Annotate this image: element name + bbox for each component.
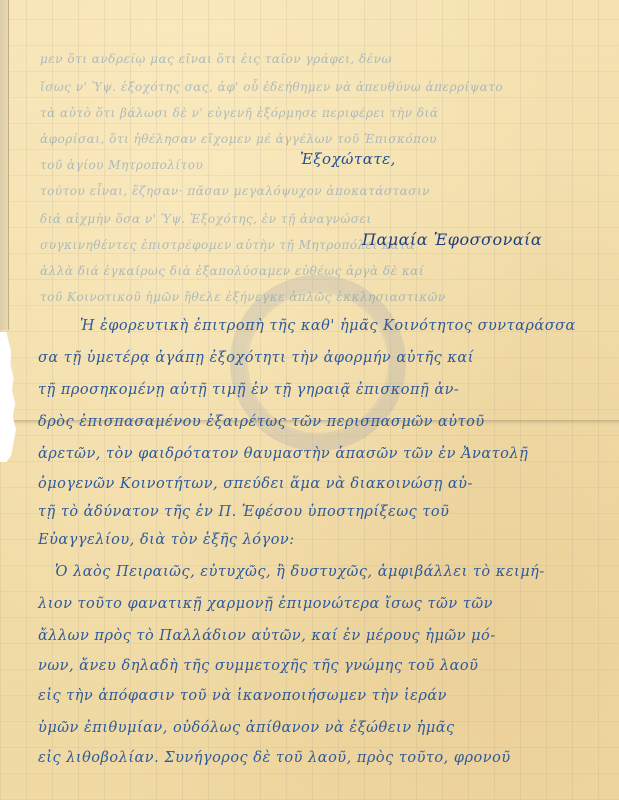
bleed-through-line: τὰ αὐτὸ ὅτι βάλωσι δὲ ν' εὐγενῆ ἐξόρμησε… [40, 106, 438, 120]
bleed-through-line: ἀφορίσαι, ὅτι ἠθέλησαν εἴχομεν μέ ἀγγέλω… [40, 132, 437, 146]
page-left-edge [0, 0, 9, 330]
bleed-through-line: τοῦ Κοινοτικοῦ ἡμῶν ἤθελε ἐξήνεγκε ἁπλῶς… [40, 290, 446, 304]
letter-line: δρὸς ἐπισπασαμένου ἐξαιρέτως τῶν περισπα… [38, 414, 485, 430]
bleed-through-line: συγκινηθέντες ἐπιστρέφομεν αὐτὴν τῇ Μητρ… [40, 238, 415, 252]
letter-line: Ἡ ἐφορευτικὴ ἐπιτροπὴ τῆς καθ' ἡμᾶς Κοιν… [80, 318, 576, 334]
letter-line: εἰς λιθοβολίαν. Συνήγορος δὲ τοῦ λαοῦ, π… [38, 750, 511, 766]
bleed-through-line: τοῦ ἁγίου Μητροπολίτου [40, 158, 203, 172]
salutation: Ἐξοχώτατε, [300, 150, 396, 168]
torn-left-edge [0, 332, 16, 462]
letter-line: Εὐαγγελίου, διὰ τὸν ἑξῆς λόγον: [38, 532, 295, 548]
document-page: μεν ὅτι ανδρείῳ μας εῖναι ὅτι ἐις ταῖον … [0, 0, 619, 800]
letter-line: ἄλλων πρὸς τὸ Παλλάδιον αὐτῶν, καί ἐν μέ… [38, 628, 496, 644]
letter-line: Ὁ λαὸς Πειραιῶς, εὐτυχῶς, ἢ δυστυχῶς, ἀμ… [55, 564, 545, 580]
bleed-through-line: μεν ὅτι ανδρείῳ μας εῖναι ὅτι ἐις ταῖον … [40, 52, 392, 66]
subheading: Παμαία Ἐφοσσοναία [362, 230, 542, 249]
bleed-through-line: ἀλλὰ διά ἐγκαίρως διὰ ἐξαπολύσαμεν εὐθέω… [40, 264, 424, 278]
bleed-through-line: διά αἰχμὴν ὅσα ν' Ὑψ. Ἐξοχότης, ἐν τῇ ἀν… [40, 212, 372, 226]
letter-line: εἰς τὴν ἀπόφασιν τοῦ νὰ ἱκανοποιήσωμεν τ… [38, 688, 447, 704]
letter-line: νων, ἄνευ δηλαδὴ τῆς συμμετοχῆς τῆς γνώμ… [38, 658, 478, 674]
letter-line: λιον τοῦτο φανατικῇ χαρμονῇ ἐπιμονώτερα … [38, 596, 493, 612]
letter-line: ὁμογενῶν Κοινοτήτων, σπεύδει ἅμα νὰ διακ… [38, 476, 473, 492]
letter-line: σα τῇ ὑμετέρᾳ ἀγάπῃ ἐξοχότητι τὴν ἀφορμή… [38, 350, 474, 366]
bleed-through-line: τούτου εἶναι, ἔζησαν· πᾶσαν μεγαλόψυχον … [40, 184, 430, 198]
letter-line: τῇ τὸ ἀδύνατον τῆς ἐν Π. Ἐφέσου ὑποστηρί… [38, 504, 449, 520]
letter-line: τῇ προσηκομένῃ αὐτῇ τιμῇ ἐν τῇ γηραιᾷ ἐπ… [38, 382, 459, 398]
bleed-through-line: ἴσως ν' Ὑψ. ἐξοχότης σας, ἀφ' οὗ ἐδεήθημ… [40, 80, 503, 94]
letter-line: ὑμῶν ἐπιθυμίαν, οὐδόλως ἀπίθανον νὰ ἐξώθ… [38, 720, 455, 736]
letter-line: ἀρετῶν, τὸν φαιδρότατον θαυμαστὴν ἁπασῶν… [38, 446, 528, 462]
